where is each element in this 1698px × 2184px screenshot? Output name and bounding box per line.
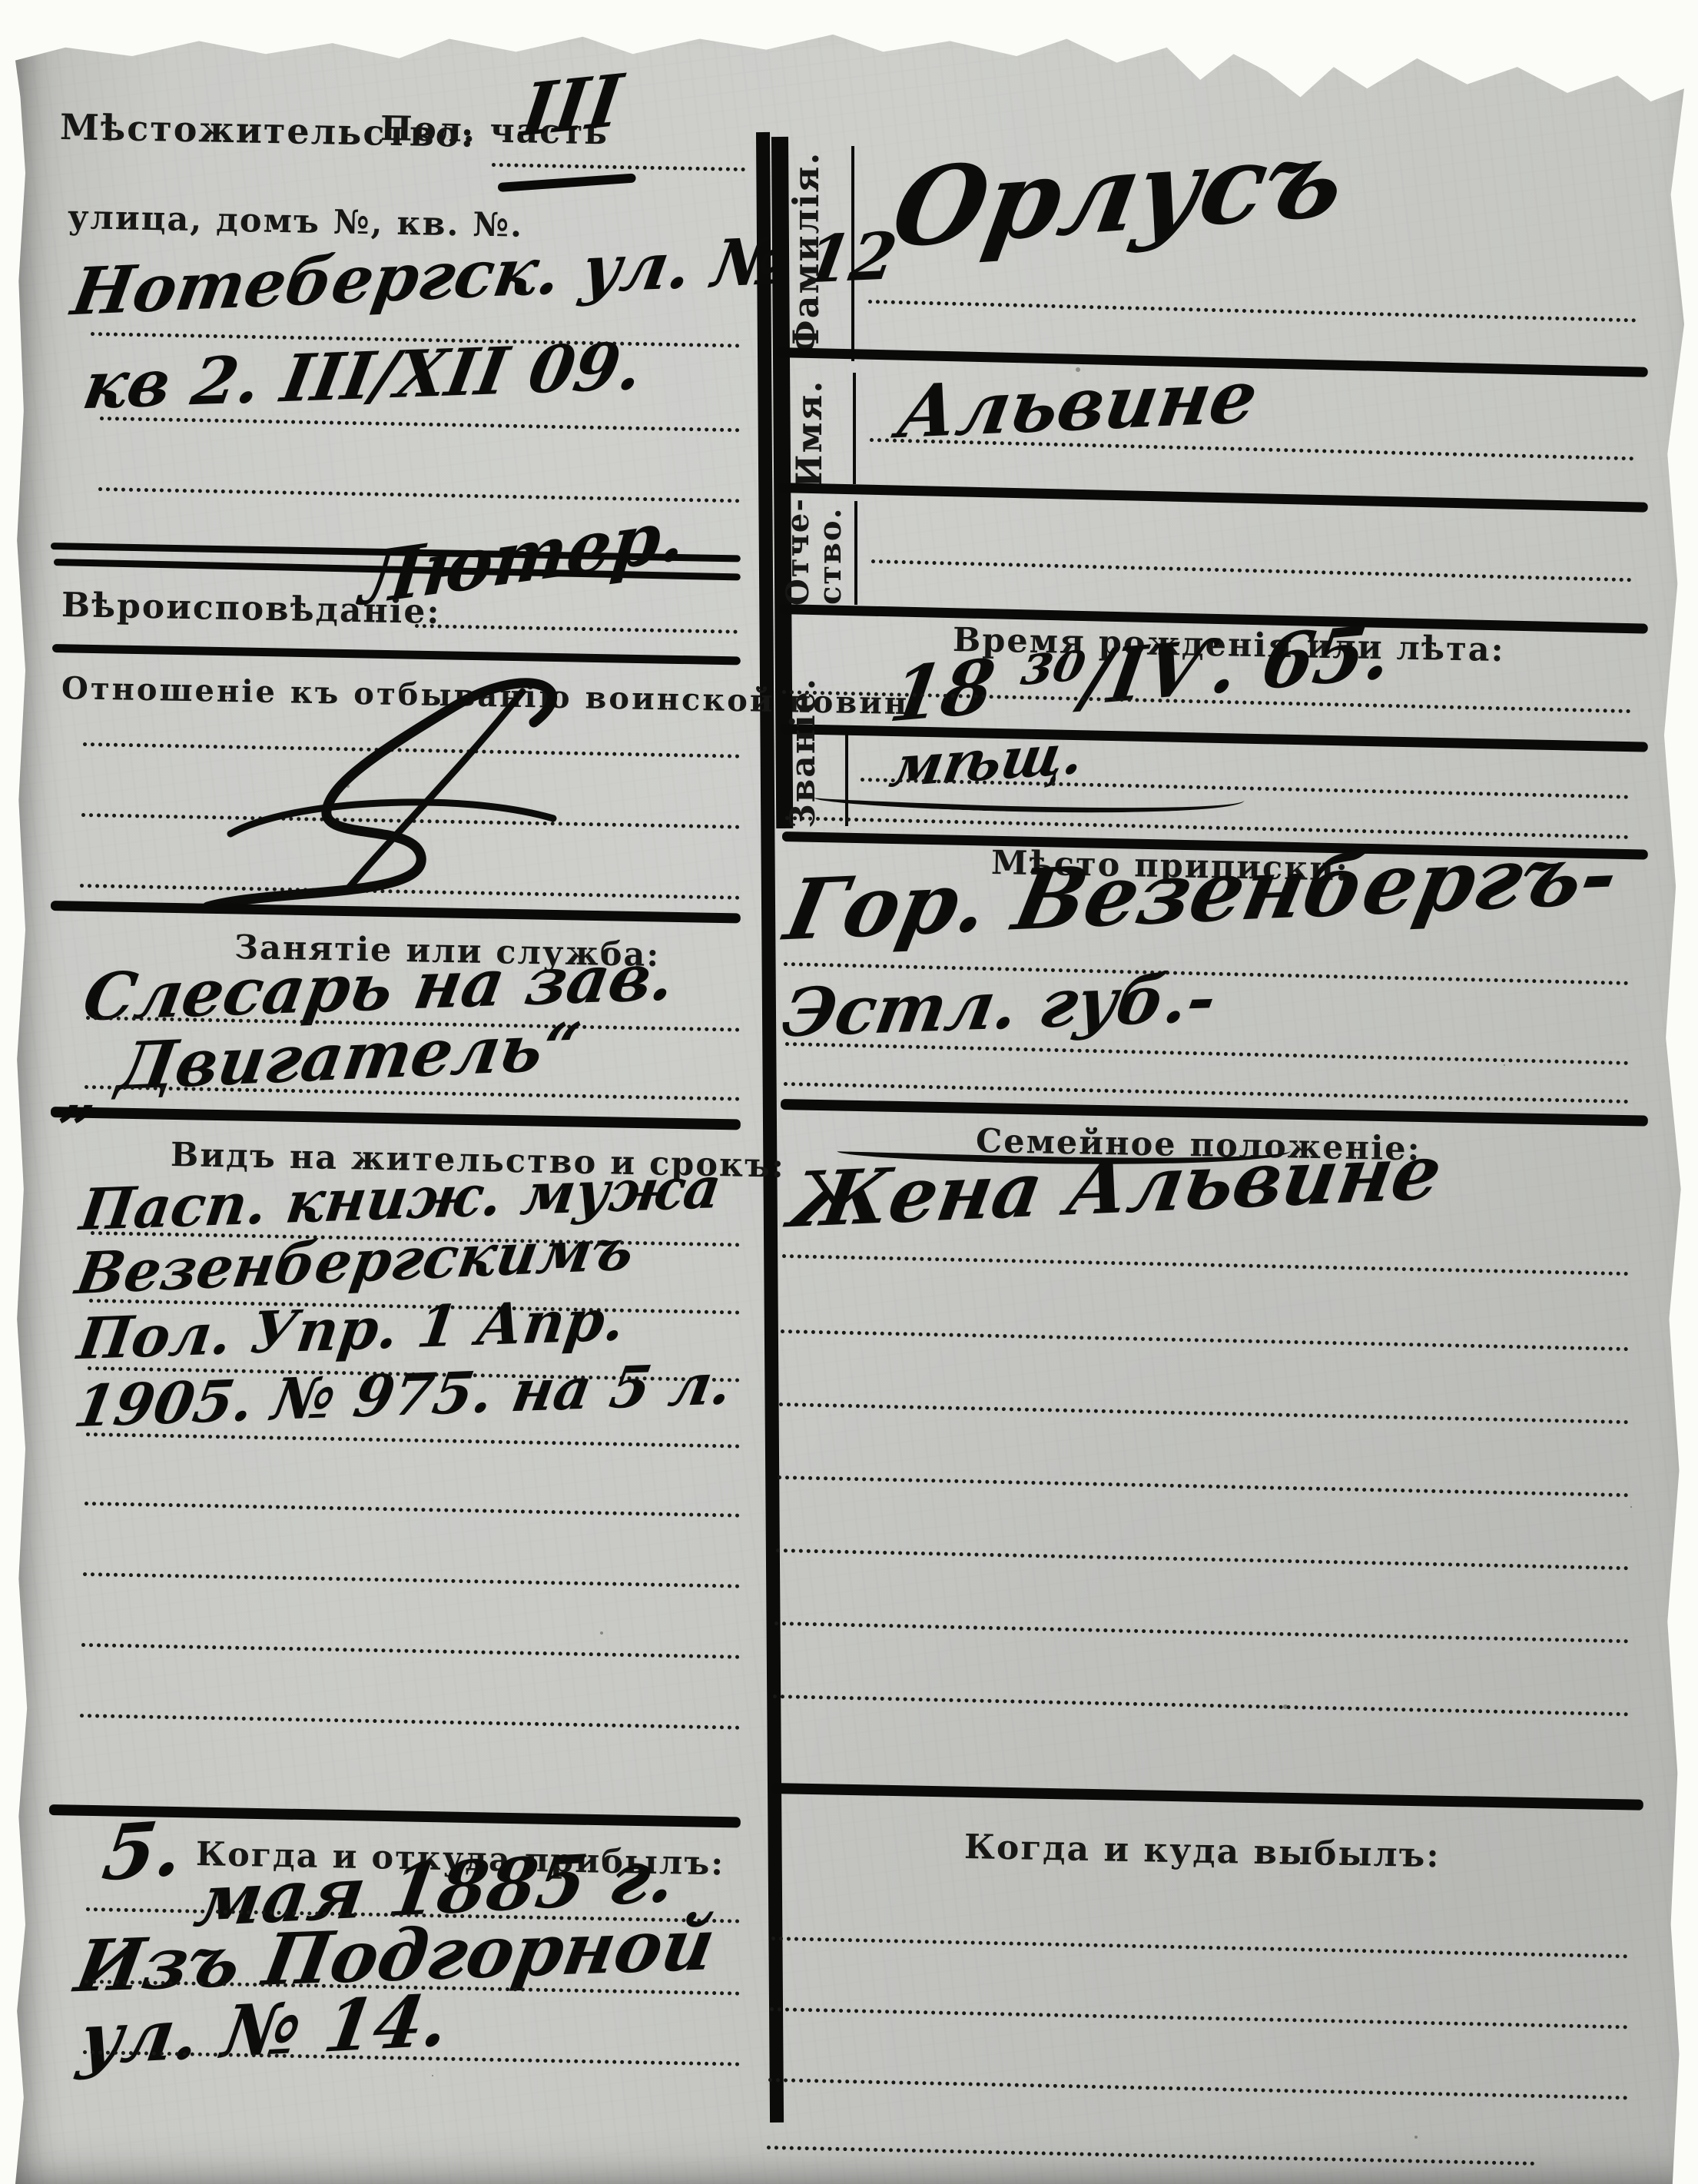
surname-vertical-label: Фамилія. (785, 169, 827, 353)
police-part-value-handwriting: III (516, 58, 627, 153)
arrived-day-handwriting: 5. (98, 1804, 188, 1899)
name-vertical-label: Имя. (788, 380, 830, 488)
name-box-rule (853, 373, 856, 484)
registration-line2-handwriting: Эстл. губ.- (777, 959, 1222, 1052)
patronymic-vertical-label: Отче-ство. (782, 506, 847, 606)
patronymic-box-rule (854, 501, 857, 605)
crossed-out-flourish-stroke (92, 676, 584, 907)
